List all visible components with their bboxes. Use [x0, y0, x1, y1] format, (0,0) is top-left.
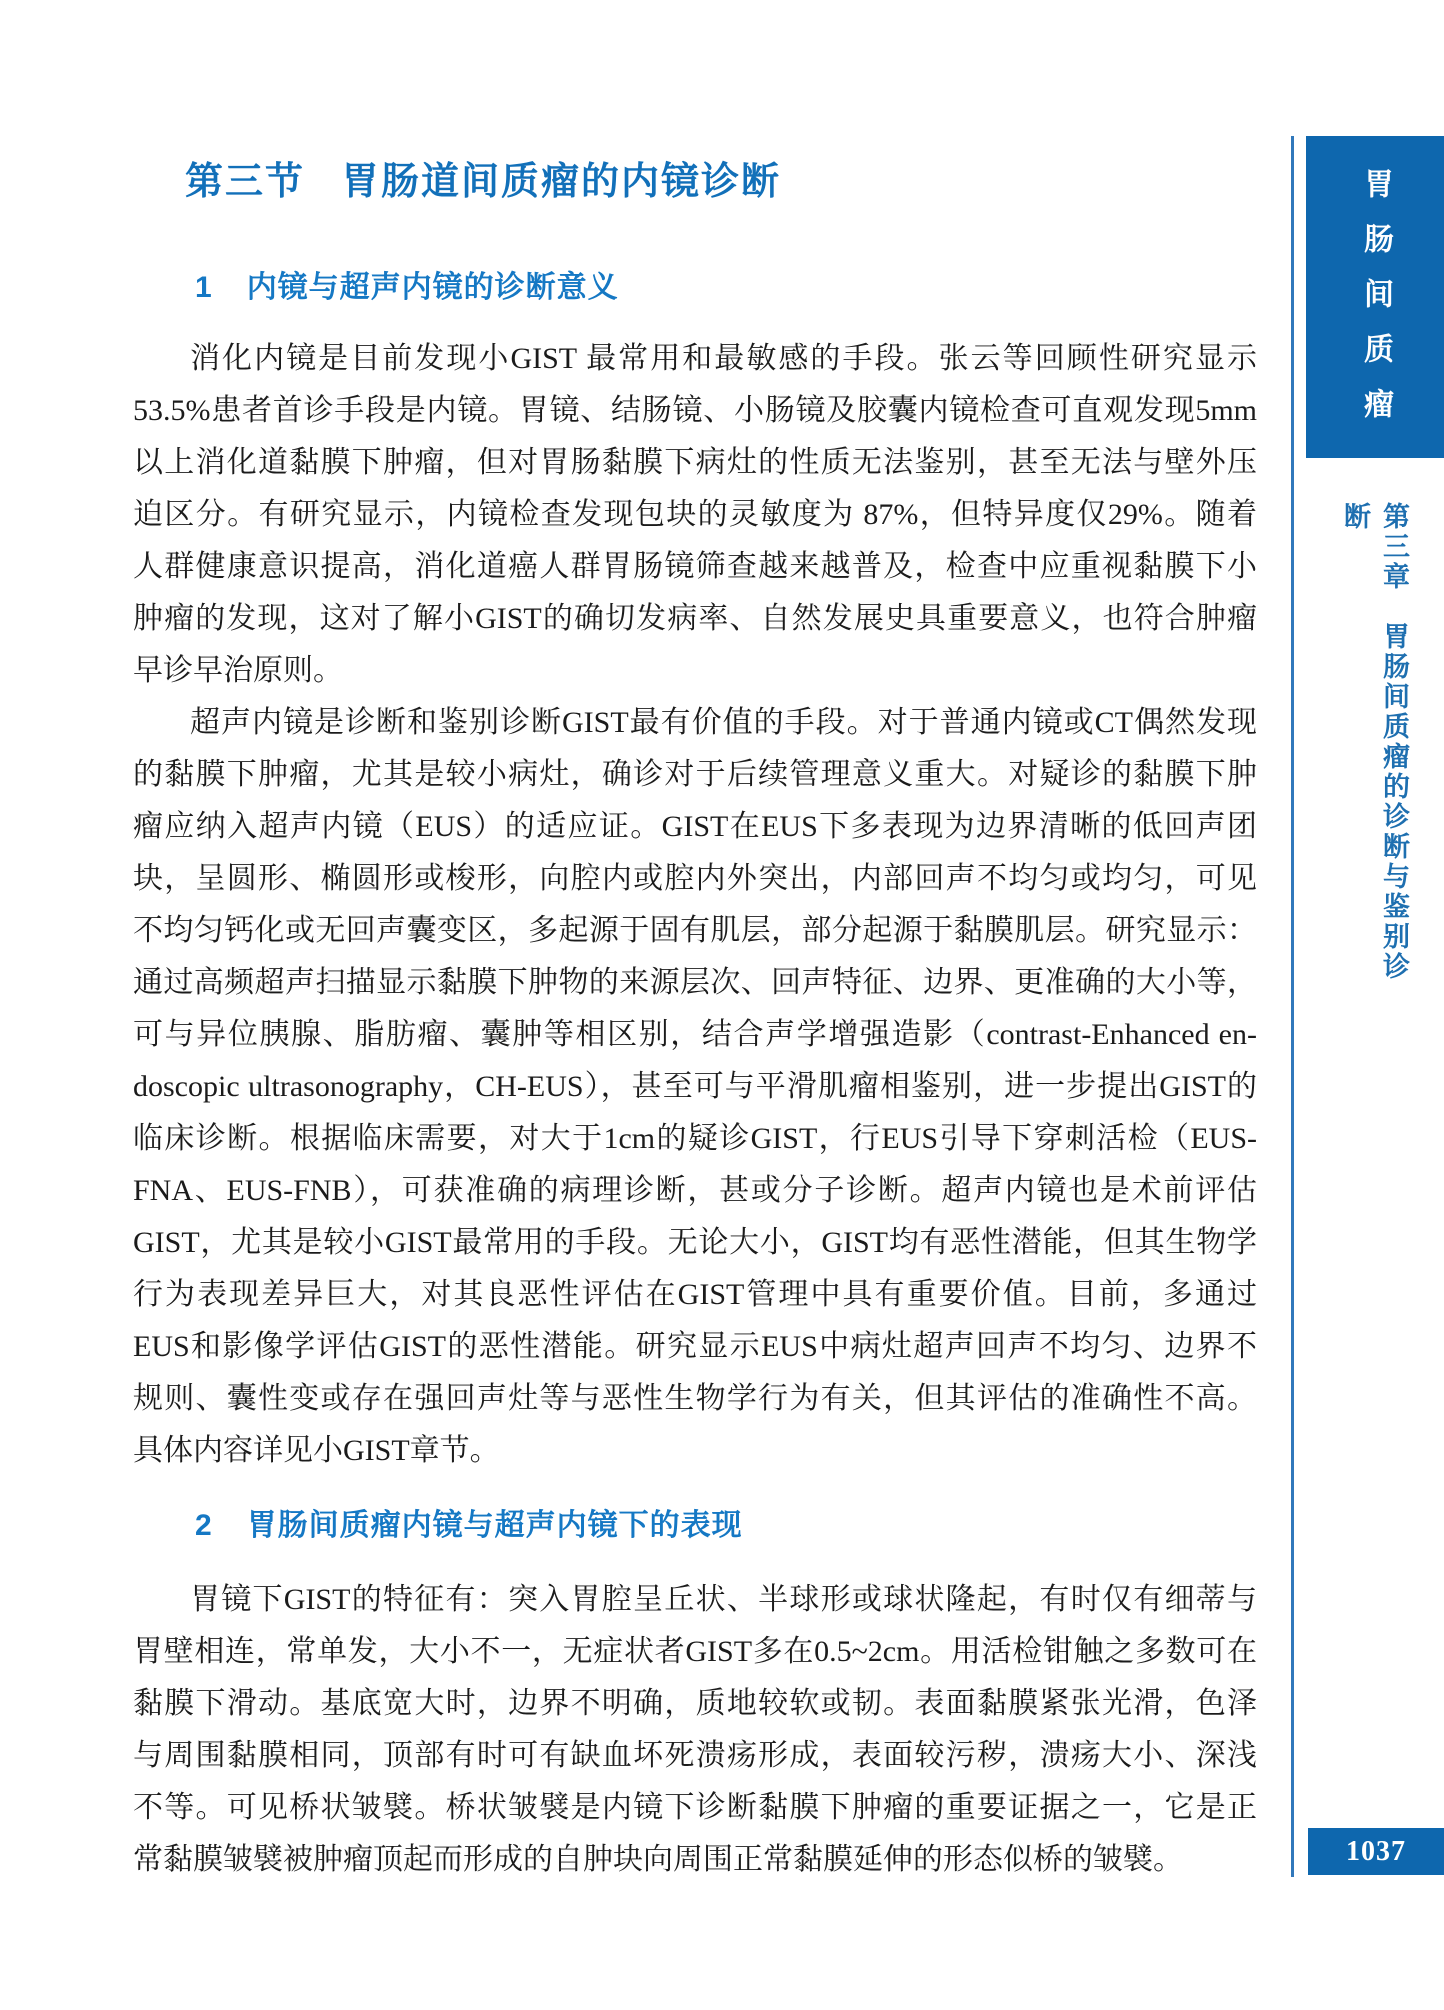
paragraph-3: 胃镜下GIST的特征有：突入胃腔呈丘状、半球形或球状隆起，有时仅有细蒂与胃壁相连…: [133, 1574, 1257, 1886]
body-line: doscopic ultrasonography，CH-EUS），甚至可与平滑肌…: [133, 1061, 1257, 1113]
body-line: 规则、囊性变或存在强回声灶等与恶性生物学行为有关，但其评估的准确性不高。: [133, 1373, 1257, 1425]
body-line: 胃镜下GIST的特征有：突入胃腔呈丘状、半球形或球状隆起，有时仅有细蒂与: [133, 1574, 1257, 1626]
subsection-number: 1: [195, 271, 213, 305]
sidebar-part-tab: 胃肠间质瘤: [1306, 136, 1444, 458]
body-line: 的黏膜下肿瘤，尤其是较小病灶，确诊对于后续管理意义重大。对疑诊的黏膜下肿: [133, 749, 1257, 801]
body-line: 具体内容详见小GIST章节。: [133, 1425, 1257, 1477]
subsection-heading-2: 2胃肠间质瘤内镜与超声内镜下的表现: [195, 1500, 1235, 1544]
body-line: 块，呈圆形、椭圆形或梭形，向腔内或腔内外突出，内部回声不均匀或均匀，可见: [133, 853, 1257, 905]
subsection-title: 内镜与超声内镜的诊断意义: [247, 271, 619, 304]
subsection-number: 2: [195, 1509, 213, 1543]
body-line: 可与异位胰腺、脂肪瘤、囊肿等相区别，结合声学增强造影（contrast-Enha…: [133, 1009, 1257, 1061]
sidebar-chapter-text: 第三章胃肠间质瘤的诊断与鉴别诊断: [1336, 502, 1414, 982]
body-line: GIST，尤其是较小GIST最常用的手段。无论大小，GIST均有恶性潜能，但其生…: [133, 1217, 1257, 1269]
body-line: 通过高频超声扫描显示黏膜下肿物的来源层次、回声特征、边界、更准确的大小等，: [133, 957, 1257, 1009]
page-number: 1037: [1346, 1836, 1406, 1868]
body-line: FNA、EUS-FNB），可获准确的病理诊断，甚或分子诊断。超声内镜也是术前评估: [133, 1165, 1257, 1217]
body-line: 消化内镜是目前发现小GIST 最常用和最敏感的手段。张云等回顾性研究显示: [133, 333, 1257, 385]
page-number-box: 1037: [1308, 1828, 1444, 1875]
body-line: 53.5%患者首诊手段是内镜。胃镜、结肠镜、小肠镜及胶囊内镜检查可直观发现5mm: [133, 385, 1257, 437]
body-line: 行为表现差异巨大，对其良恶性评估在GIST管理中具有重要价值。目前，多通过: [133, 1269, 1257, 1321]
body-line: EUS和影像学评估GIST的恶性潜能。研究显示EUS中病灶超声回声不均匀、边界不: [133, 1321, 1257, 1373]
chapter-number: 第三章: [1379, 502, 1409, 592]
sidebar-chapter-title: 第三章胃肠间质瘤的诊断与鉴别诊断: [1306, 502, 1444, 982]
sidebar-vertical-rule: [1291, 136, 1294, 1877]
body-line: 黏膜下滑动。基底宽大时，边界不明确，质地较软或韧。表面黏膜紧张光滑，色泽: [133, 1678, 1257, 1730]
body-line: 超声内镜是诊断和鉴别诊断GIST最有价值的手段。对于普通内镜或CT偶然发现: [133, 697, 1257, 749]
body-line: 以上消化道黏膜下肿瘤，但对胃肠黏膜下病灶的性质无法鉴别，甚至无法与壁外压: [133, 437, 1257, 489]
body-line: 肿瘤的发现，这对了解小GIST的确切发病率、自然发展史具重要意义，也符合肿瘤: [133, 593, 1257, 645]
body-line: 临床诊断。根据临床需要，对大于1cm的疑诊GIST，行EUS引导下穿刺活检（EU…: [133, 1113, 1257, 1165]
body-line: 早诊早治原则。: [133, 645, 1257, 697]
section-title: 第三节胃肠道间质瘤的内镜诊断: [185, 150, 1245, 205]
body-line: 迫区分。有研究显示，内镜检查发现包块的灵敏度为 87%，但特异度仅29%。随着: [133, 489, 1257, 541]
book-page: 第三节胃肠道间质瘤的内镜诊断 1内镜与超声内镜的诊断意义 消化内镜是目前发现小G…: [0, 0, 1444, 2010]
body-line: 胃壁相连，常单发，大小不一，无症状者GIST多在0.5~2cm。用活检钳触之多数…: [133, 1626, 1257, 1678]
body-line: 常黏膜皱襞被肿瘤顶起而形成的自肿块向周围正常黏膜延伸的形态似桥的皱襞。: [133, 1834, 1257, 1886]
body-line: 瘤应纳入超声内镜（EUS）的适应证。GIST在EUS下多表现为边界清晰的低回声团: [133, 801, 1257, 853]
sidebar-part-tab-label: 胃肠间质瘤: [1353, 168, 1397, 443]
subsection-title: 胃肠间质瘤内镜与超声内镜下的表现: [247, 1509, 743, 1542]
section-title-text: 胃肠道间质瘤的内镜诊断: [341, 161, 781, 203]
section-title-label: 第三节: [185, 161, 305, 203]
paragraph-1: 消化内镜是目前发现小GIST 最常用和最敏感的手段。张云等回顾性研究显示53.5…: [133, 333, 1257, 697]
body-line: 不等。可见桥状皱襞。桥状皱襞是内镜下诊断黏膜下肿瘤的重要证据之一，它是正: [133, 1782, 1257, 1834]
subsection-heading-1: 1内镜与超声内镜的诊断意义: [195, 262, 1235, 306]
paragraph-2: 超声内镜是诊断和鉴别诊断GIST最有价值的手段。对于普通内镜或CT偶然发现的黏膜…: [133, 697, 1257, 1477]
body-line: 人群健康意识提高，消化道癌人群胃肠镜筛查越来越普及，检查中应重视黏膜下小: [133, 541, 1257, 593]
body-line: 与周围黏膜相同，顶部有时可有缺血坏死溃疡形成，表面较污秽，溃疡大小、深浅: [133, 1730, 1257, 1782]
body-line: 不均匀钙化或无回声囊变区，多起源于固有肌层，部分起源于黏膜肌层。研究显示：: [133, 905, 1257, 957]
